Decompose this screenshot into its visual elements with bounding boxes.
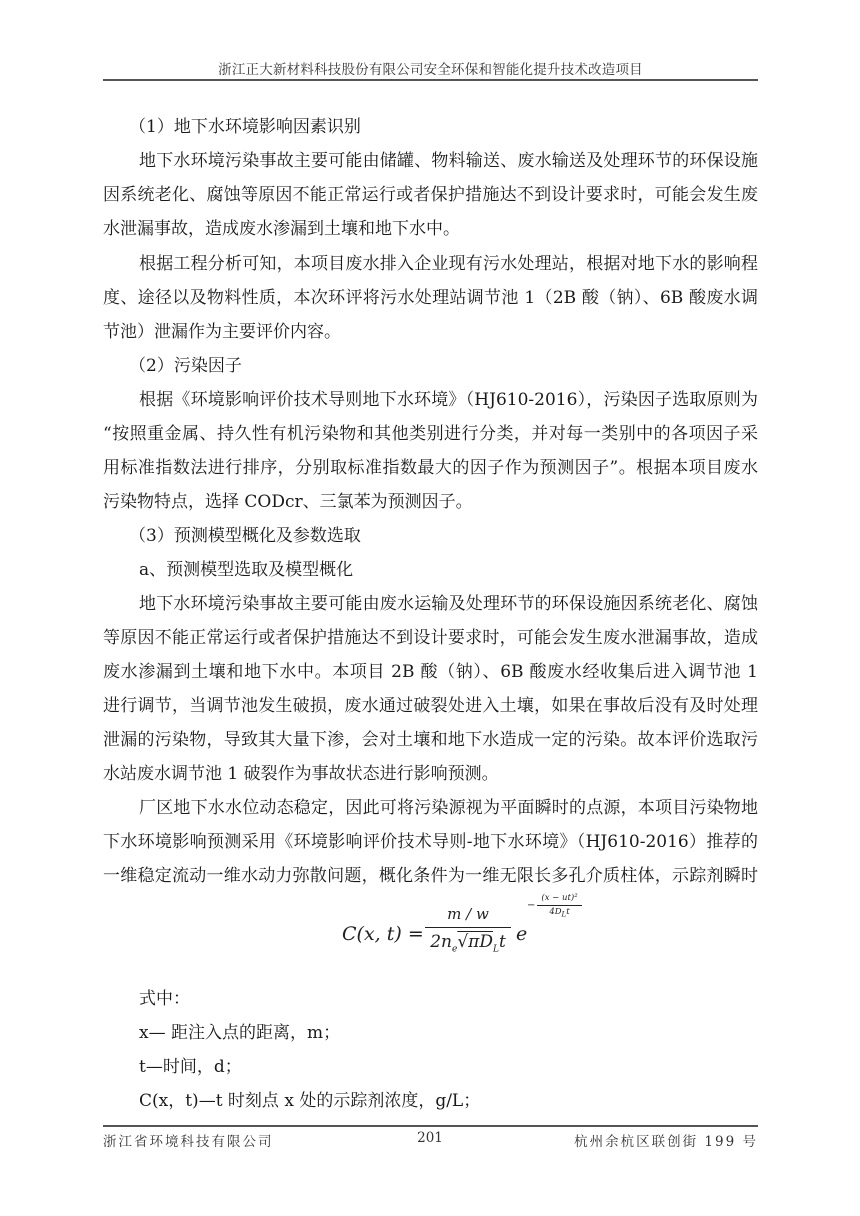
paragraph-line: 水泄漏事故，造成废水渗漏到土壤和地下水中。: [103, 218, 758, 240]
paragraph-line: 根据《环境影响评价技术导则地下水环境》（HJ610-2016），污染因子选取原则…: [103, 389, 758, 411]
definitions-intro: 式中：: [139, 988, 539, 1010]
footer-address: 杭州余杭区联创街 199 号: [574, 1130, 758, 1150]
page-number: 201: [400, 1130, 460, 1146]
footer-company: 浙江省环境科技有限公司: [103, 1130, 274, 1150]
paragraph-line: 地下水环境污染事故主要可能由储罐、物料输送、废水输送及处理环节的环保设施: [103, 150, 758, 172]
header-divider: [103, 79, 758, 81]
paragraph-line: 因系统老化、腐蚀等原因不能正常运行或者保护措施达不到设计要求时，可能会发生废: [103, 184, 758, 206]
paragraph-line: 度、途径以及物料性质，本次环评将污水处理站调节池 1（2B 酸（钠）、6B 酸废…: [103, 287, 758, 309]
equation-exp-base: e: [516, 923, 527, 945]
paragraph-line: 水站废水调节池 1 破裂作为事故状态进行影响预测。: [103, 763, 758, 785]
equation-numerator: m / w: [425, 903, 511, 925]
paragraph-line: 厂区地下水水位动态稳定，因此可将污染源视为平面瞬时的点源，本项目污染物地: [103, 797, 758, 819]
paragraph-line: 污染物特点，选择 CODcr、三氯苯为预测因子。: [103, 491, 758, 513]
equation: C(x, t) = m / w 2ne√πDLt e − (x − ut)² 4…: [340, 893, 580, 968]
paragraph-line: 一维稳定流动一维水动力弥散问题，概化条件为一维无限长多孔介质柱体，示踪剂瞬时: [103, 865, 758, 887]
section-heading-1: （1）地下水环境影响因素识别: [103, 116, 758, 138]
document-title: 浙江正大新材料科技股份有限公司安全环保和智能化提升技术改造项目: [103, 58, 758, 78]
section-heading-3: （3）预测模型概化及参数选取: [103, 525, 758, 547]
definition-item: C(x，t)—t 时刻点 x 处的示踪剂浓度，g/L；: [139, 1090, 639, 1112]
equation-lhs: C(x, t) =: [342, 923, 424, 945]
definition-item: x— 距注入点的距离，m；: [139, 1022, 639, 1044]
paragraph-line: 下水环境影响预测采用《环境影响评价技术导则-地下水环境》（HJ610-2016）…: [103, 831, 758, 853]
paragraph-line: 地下水环境污染事故主要可能由废水运输及处理环节的环保设施因系统老化、腐蚀: [103, 593, 758, 615]
paragraph-line: 废水渗漏到土壤和地下水中。本项目 2B 酸（钠）、6B 酸废水经收集后进入调节池…: [103, 661, 758, 683]
subsection-heading-a: a、预测模型选取及模型概化: [103, 559, 758, 581]
paragraph-line: 用标准指数法进行排序，分别取标准指数最大的因子作为预测因子”。根据本项目废水: [103, 457, 758, 479]
definition-item: t—时间，d；: [139, 1056, 639, 1078]
paragraph-line: 泄漏的污染物，导致其大量下渗，会对土壤和地下水造成一定的污染。故本评价选取污: [103, 729, 758, 751]
footer-divider: [103, 1125, 758, 1127]
paragraph-line: 进行调节，当调节池发生破损，废水通过破裂处进入土壤，如果在事故后没有及时处理: [103, 695, 758, 717]
fraction-bar: [425, 927, 511, 928]
paragraph-line: 等原因不能正常运行或者保护措施达不到设计要求时，可能会发生废水泄漏事故，造成: [103, 627, 758, 649]
paragraph-line: 根据工程分析可知，本项目废水排入企业现有污水处理站，根据对地下水的影响程: [103, 253, 758, 275]
paragraph-line: 节池）泄漏作为主要评价内容。: [103, 321, 758, 343]
paragraph-line: “按照重金属、持久性有机污染物和其他类别进行分类，并对每一类别中的各项因子采: [103, 423, 758, 445]
section-heading-2: （2）污染因子: [103, 355, 758, 377]
equation-fraction: m / w 2ne√πDLt: [425, 903, 511, 954]
equation-denominator: 2ne√πDLt: [425, 930, 511, 954]
